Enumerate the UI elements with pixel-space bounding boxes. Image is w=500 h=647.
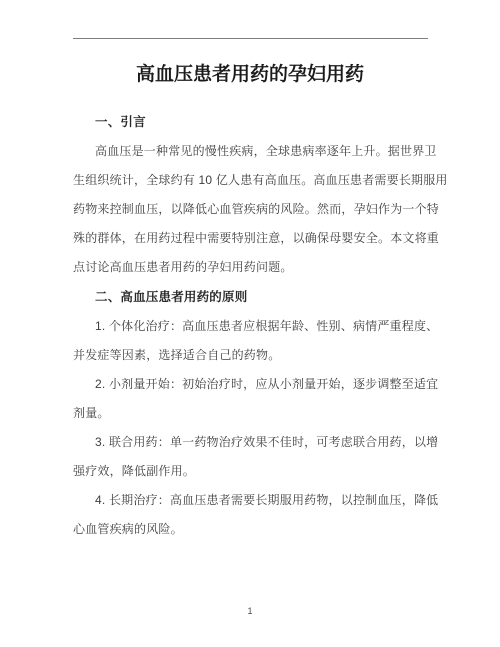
paragraph-line: 并发症等因素，选择适合自己的药物。 xyxy=(73,341,435,370)
section-heading-principles: 二、高血压患者用药的原则 xyxy=(73,283,435,312)
document-title: 高血压患者用药的孕妇用药 xyxy=(0,61,500,88)
paragraph-line: 3. 联合用药：单一药物治疗效果不佳时，可考虑联合用药，以增 xyxy=(73,428,435,457)
document-body: 一、引言 高血压是一种常见的慢性疾病，全球患病率逐年上升。据世界卫 生组织统计，… xyxy=(73,108,435,544)
paragraph-line: 心血管疾病的风险。 xyxy=(73,515,435,544)
header-rule xyxy=(73,38,428,39)
paragraph-line: 2. 小剂量开始：初始治疗时，应从小剂量开始，逐步调整至适宜 xyxy=(73,370,435,399)
paragraph-line: 强疗效，降低副作用。 xyxy=(73,457,435,486)
paragraph-line: 1. 个体化治疗：高血压患者应根据年龄、性别、病情严重程度、 xyxy=(73,312,435,341)
paragraph-line: 剂量。 xyxy=(73,399,435,428)
page-number: 1 xyxy=(0,606,500,617)
paragraph-line: 生组织统计，全球约有 10 亿人患有高血压。高血压患者需要长期服用 xyxy=(73,166,435,195)
section-heading-introduction: 一、引言 xyxy=(73,108,435,137)
paragraph-line: 4. 长期治疗：高血压患者需要长期服用药物，以控制血压，降低 xyxy=(73,486,435,515)
document-page: 高血压患者用药的孕妇用药 一、引言 高血压是一种常见的慢性疾病，全球患病率逐年上… xyxy=(0,0,500,647)
paragraph-line: 药物来控制血压，以降低心血管疾病的风险。然而，孕妇作为一个特 xyxy=(73,195,435,224)
paragraph-line: 高血压是一种常见的慢性疾病，全球患病率逐年上升。据世界卫 xyxy=(73,137,435,166)
paragraph-line: 点讨论高血压患者用药的孕妇用药问题。 xyxy=(73,253,435,282)
paragraph-line: 殊的群体，在用药过程中需要特别注意，以确保母婴安全。本文将重 xyxy=(73,224,435,253)
